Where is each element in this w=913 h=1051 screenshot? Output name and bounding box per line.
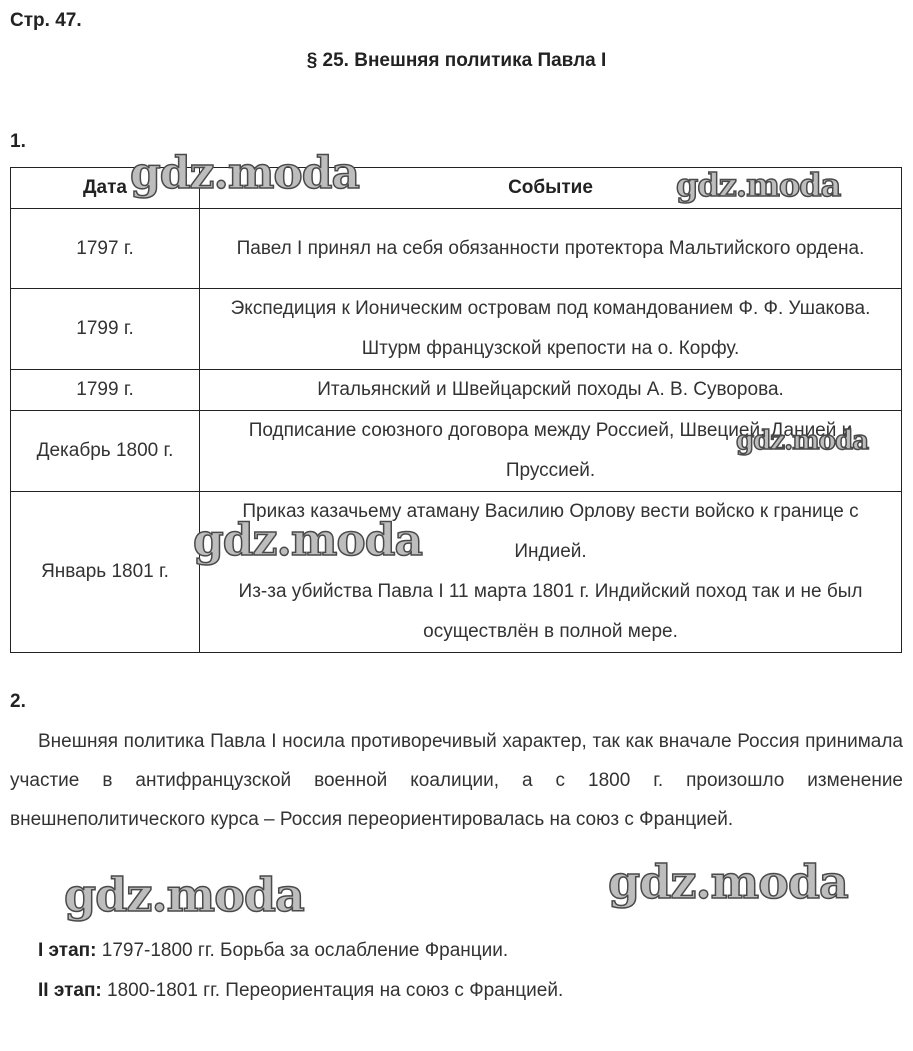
table-row: 1799 г. Итальянский и Швейцарский походы… <box>11 370 902 411</box>
cell-event: Приказ казачьему атаману Василию Орлову … <box>200 492 902 653</box>
cell-event: Экспедиция к Ионическим островам под ком… <box>200 289 902 370</box>
watermark: gdz.moda <box>608 855 848 909</box>
cell-date: 1797 г. <box>11 209 200 289</box>
header-event: Событие <box>200 168 902 209</box>
stage-1: I этап: 1797-1800 гг. Борьба за ослаблен… <box>38 940 508 962</box>
table-row: 1799 г. Экспедиция к Ионическим островам… <box>11 289 902 370</box>
watermark: gdz.moda <box>64 868 304 922</box>
cell-date: 1799 г. <box>11 370 200 411</box>
stage-1-label: I этап: <box>38 940 96 961</box>
task-2-number: 2. <box>10 691 26 713</box>
stage-2-text: 1800-1801 гг. Переориентация на союз с Ф… <box>102 980 563 1001</box>
answer-paragraph: Внешняя политика Павла I носила противор… <box>10 722 903 839</box>
cell-date: Январь 1801 г. <box>11 492 200 653</box>
table-row: 1797 г. Павел I принял на себя обязаннос… <box>11 209 902 289</box>
page-label: Стр. 47. <box>10 10 82 32</box>
cell-event-note: Из-за убийства Павла I 11 марта 1801 г. … <box>206 572 895 652</box>
stage-2-label: II этап: <box>38 980 102 1001</box>
cell-event: Итальянский и Швейцарский походы А. В. С… <box>200 370 902 411</box>
cell-event-main: Приказ казачьему атаману Василию Орлову … <box>206 492 895 572</box>
table-header-row: Дата Событие <box>11 168 902 209</box>
cell-date: Декабрь 1800 г. <box>11 411 200 492</box>
stage-1-text: 1797-1800 гг. Борьба за ослабление Франц… <box>96 940 508 961</box>
section-title: § 25. Внешняя политика Павла I <box>0 50 913 72</box>
table-row: Декабрь 1800 г. Подписание союзного дого… <box>11 411 902 492</box>
table-row: Январь 1801 г. Приказ казачьему атаману … <box>11 492 902 653</box>
events-table: Дата Событие 1797 г. Павел I принял на с… <box>10 167 902 653</box>
cell-event: Павел I принял на себя обязанности проте… <box>200 209 902 289</box>
task-1-number: 1. <box>10 131 26 153</box>
cell-event: Подписание союзного договора между Росси… <box>200 411 902 492</box>
header-date: Дата <box>11 168 200 209</box>
cell-date: 1799 г. <box>11 289 200 370</box>
stage-2: II этап: 1800-1801 гг. Переориентация на… <box>38 980 563 1002</box>
